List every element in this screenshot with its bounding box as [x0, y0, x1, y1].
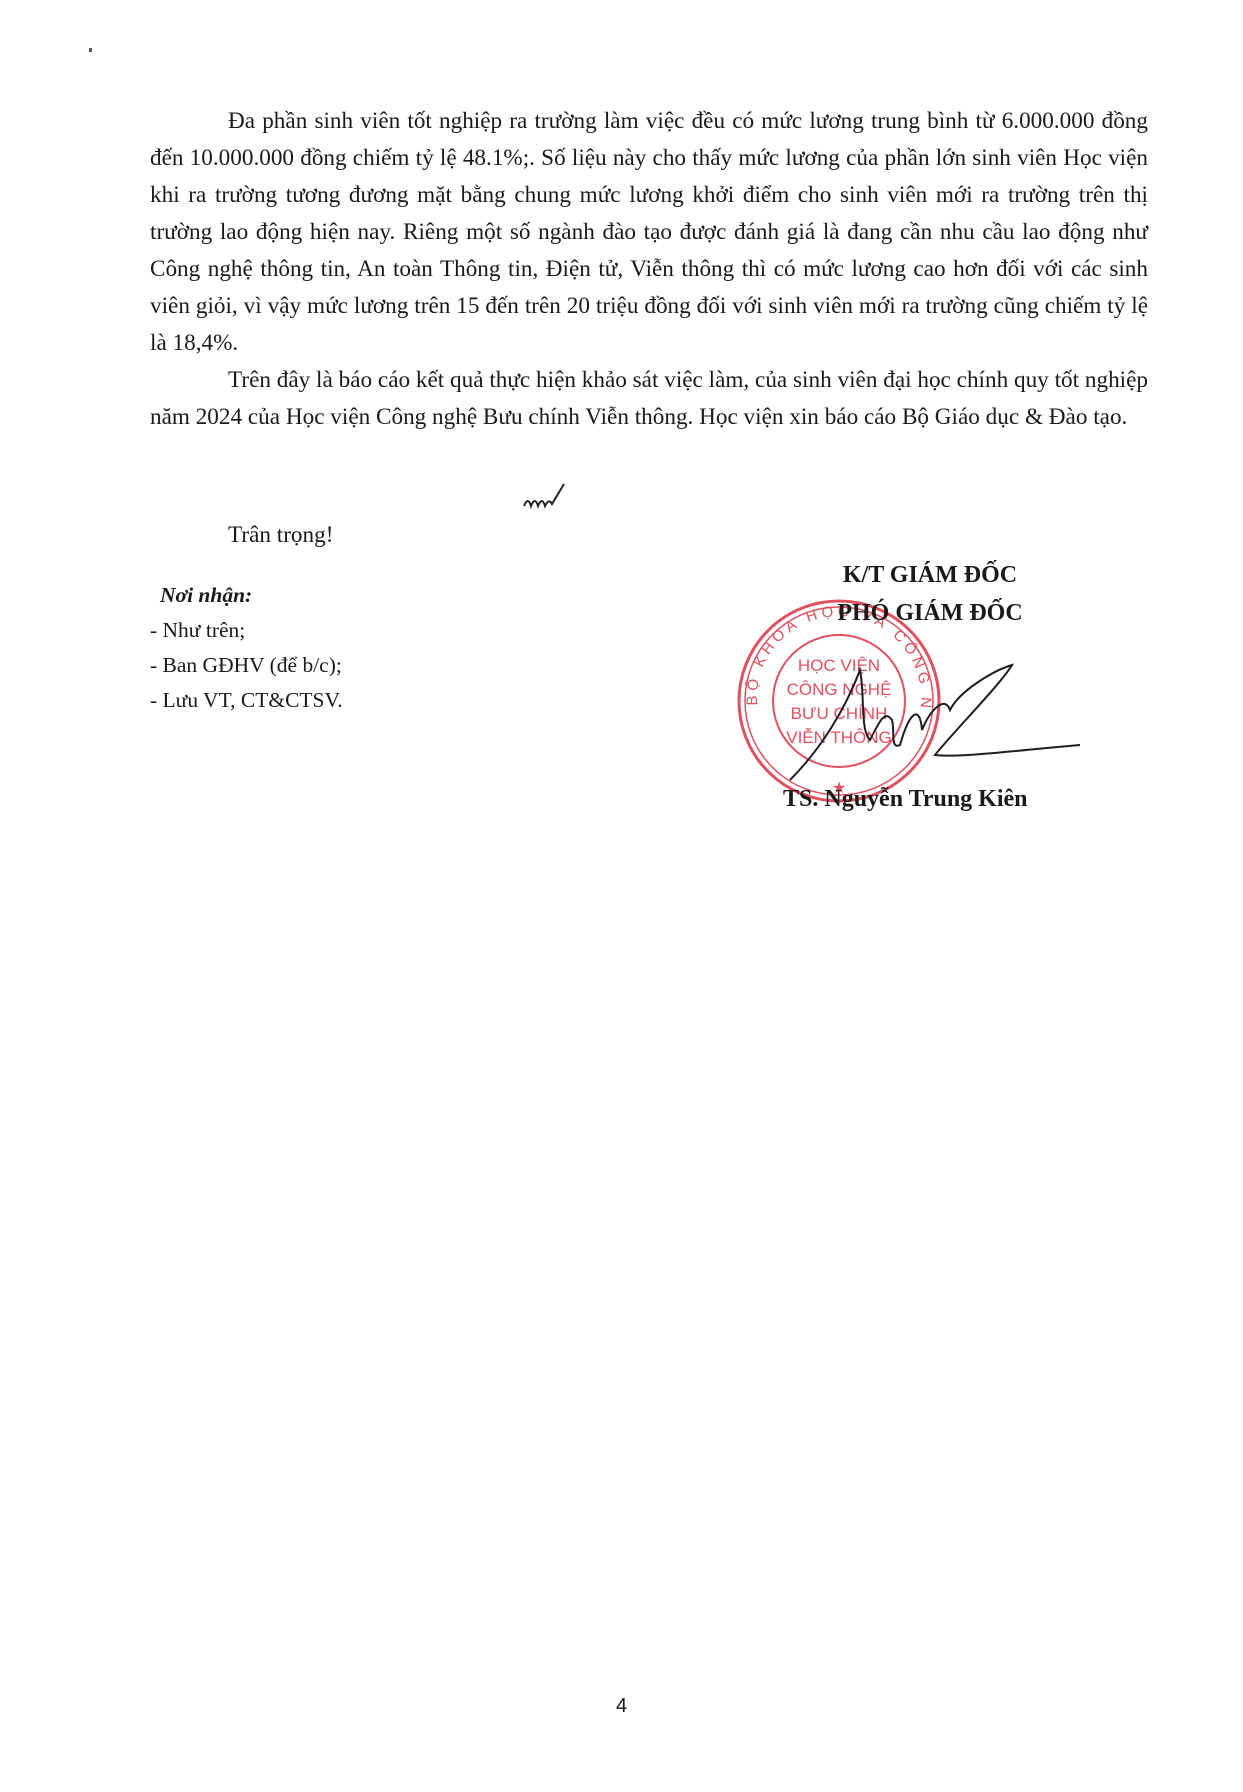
recipients-heading: Nơi nhận:: [150, 578, 343, 613]
title-line-2: PHÓ GIÁM ĐỐC: [780, 594, 1080, 632]
scan-speck: [89, 48, 92, 52]
recipient-item: - Như trên;: [150, 613, 343, 648]
recipient-item: - Lưu VT, CT&CTSV.: [150, 683, 343, 718]
paragraph-salary: Đa phần sinh viên tốt nghiệp ra trường l…: [150, 103, 1148, 362]
handwritten-signature-icon: [760, 650, 1090, 790]
initial-mark-icon: [520, 480, 572, 514]
title-line-1: K/T GIÁM ĐỐC: [780, 556, 1080, 594]
signer-name: TS. Nguyễn Trung Kiên: [783, 786, 1028, 813]
paragraph-conclusion: Trên đây là báo cáo kết quả thực hiện kh…: [150, 362, 1148, 436]
recipients-block: Nơi nhận: - Như trên; - Ban GĐHV (để b/c…: [150, 578, 343, 718]
signature-title: K/T GIÁM ĐỐC PHÓ GIÁM ĐỐC: [780, 556, 1080, 632]
recipient-item: - Ban GĐHV (để b/c);: [150, 648, 343, 683]
page-number: 4: [0, 1695, 1243, 1718]
body-text: Đa phần sinh viên tốt nghiệp ra trường l…: [150, 103, 1148, 436]
closing-greeting: Trân trọng!: [228, 522, 333, 549]
